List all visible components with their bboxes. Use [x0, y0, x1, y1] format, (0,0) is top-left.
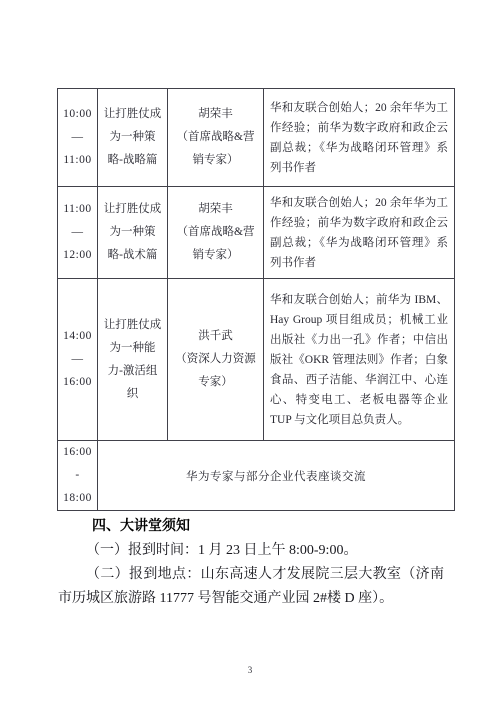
- time-separator: —: [58, 126, 97, 149]
- time-cell: 16:00 - 18:00: [58, 441, 98, 511]
- time-end: 16:00: [58, 371, 97, 394]
- speaker-title: （资深人力资源专家）: [171, 348, 260, 394]
- speaker-name: 胡荣丰: [171, 103, 260, 126]
- notice-item-checkin-location: （二）报到地点：山东高速人才发展院三层大教室（济南市历城区旅游路 11777 号…: [58, 563, 444, 611]
- time-start: 16:00: [58, 441, 97, 464]
- table-row: 14:00 — 16:00 让打胜仗成为一种能力-激活组织 洪千武 （资深人力资…: [58, 279, 455, 441]
- speaker-cell: 胡荣丰 （首席战略&营销专家）: [168, 89, 264, 187]
- time-end: 11:00: [58, 149, 97, 172]
- description-cell: 华和友联合创始人；20 余年华为工作经验；前华为数字政府和政企云副总裁；《华为战…: [264, 187, 455, 279]
- page-number: 3: [0, 665, 500, 675]
- document-page: 10:00 — 11:00 让打胜仗成为一种策略-战略篇 胡荣丰 （首席战略&营…: [0, 0, 500, 706]
- speaker-cell: 胡荣丰 （首席战略&营销专家）: [168, 187, 264, 279]
- speaker-cell: 洪千武 （资深人力资源专家）: [168, 279, 264, 441]
- time-cell: 14:00 — 16:00: [58, 279, 98, 441]
- description-cell: 华和友联合创始人；20 余年华为工作经验；前华为数字政府和政企云副总裁；《华为战…: [264, 89, 455, 187]
- table-row: 10:00 — 11:00 让打胜仗成为一种策略-战略篇 胡荣丰 （首席战略&营…: [58, 89, 455, 187]
- merged-session-cell: 华为专家与部分企业代表座谈交流: [98, 441, 455, 511]
- speaker-name: 胡荣丰: [171, 198, 260, 221]
- speaker-name: 洪千武: [171, 325, 260, 348]
- description-cell: 华和友联合创始人；前华为 IBM、Hay Group 项目组成员；机械工业出版社…: [264, 279, 455, 441]
- schedule-table: 10:00 — 11:00 让打胜仗成为一种策略-战略篇 胡荣丰 （首席战略&营…: [57, 88, 455, 511]
- speaker-title: （首席战略&营销专家）: [171, 126, 260, 172]
- time-start: 10:00: [58, 103, 97, 126]
- notice-item-checkin-time: （一）报到时间：1 月 23 日上午 8:00-9:00。: [58, 539, 444, 563]
- notice-heading: 四、大讲堂须知: [92, 515, 444, 539]
- speaker-title: （首席战略&营销专家）: [171, 221, 260, 267]
- time-cell: 11:00 — 12:00: [58, 187, 98, 279]
- table-row: 16:00 - 18:00 华为专家与部分企业代表座谈交流: [58, 441, 455, 511]
- time-end: 12:00: [58, 244, 97, 267]
- time-separator: —: [58, 348, 97, 371]
- time-start: 14:00: [58, 325, 97, 348]
- time-separator: —: [58, 221, 97, 244]
- time-end: 18:00: [58, 487, 97, 510]
- table-row: 11:00 — 12:00 让打胜仗成为一种策略-战术篇 胡荣丰 （首席战略&营…: [58, 187, 455, 279]
- time-separator: -: [58, 464, 97, 487]
- topic-cell: 让打胜仗成为一种策略-战略篇: [98, 89, 168, 187]
- topic-cell: 让打胜仗成为一种能力-激活组织: [98, 279, 168, 441]
- time-start: 11:00: [58, 198, 97, 221]
- notice-section: 四、大讲堂须知 （一）报到时间：1 月 23 日上午 8:00-9:00。 （二…: [58, 515, 444, 611]
- time-cell: 10:00 — 11:00: [58, 89, 98, 187]
- topic-cell: 让打胜仗成为一种策略-战术篇: [98, 187, 168, 279]
